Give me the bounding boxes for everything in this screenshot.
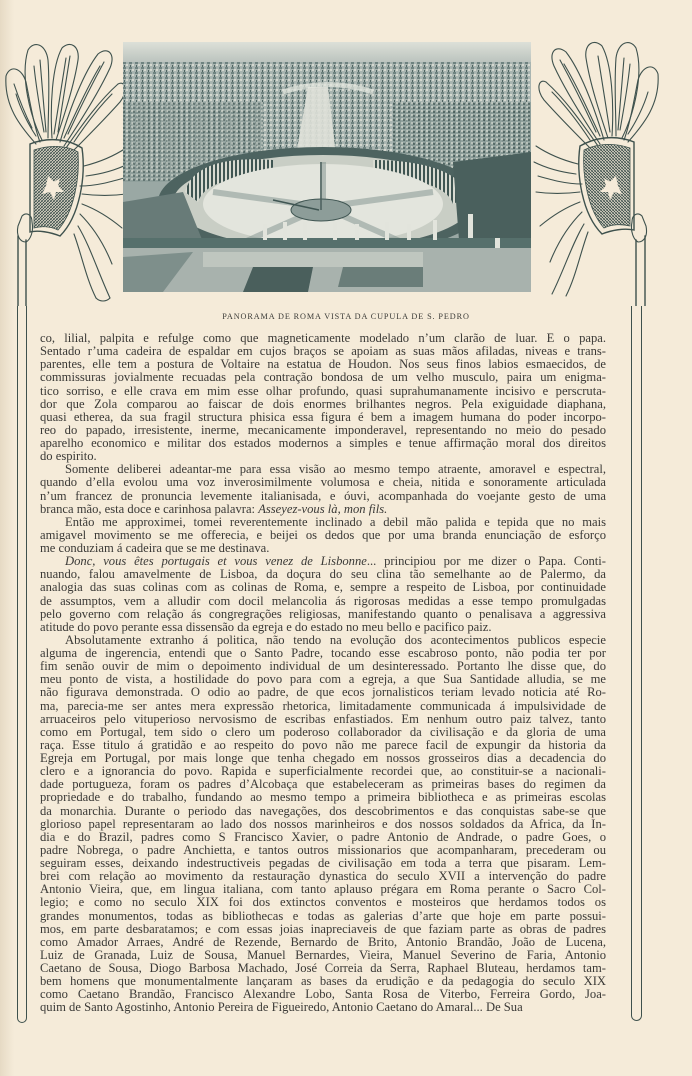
line-text: do espirito. <box>40 449 97 463</box>
left-flower-ornament-icon <box>0 36 130 306</box>
line-text: dade portugueza, foram os padres d’Alcob… <box>40 777 606 791</box>
line-text: grandes monumentos, todas as bibliotheca… <box>40 909 606 923</box>
line-text: tico sorriso, e elle crava em mim esse o… <box>40 384 606 398</box>
line-text: como Caetano Brandão, Francisco Alexandr… <box>40 987 606 1001</box>
line-text: parentes, elle tem a postura de Voltaire… <box>40 357 606 371</box>
line-text: padre Nobrega, o padre Anchietta, e tant… <box>40 843 606 857</box>
article-body: co, lilial, palpita e refulge como que m… <box>40 332 606 1015</box>
line-text: me conduziam á cadeira que se me destina… <box>40 541 269 555</box>
line-text: aparelho economico e militar dos estados… <box>40 436 606 450</box>
line-text: pelo governo com relação ás congregraçõe… <box>40 607 606 621</box>
line-text: co, lilial, palpita e refulge como que m… <box>40 331 606 345</box>
rome-panorama-photo <box>123 42 531 292</box>
line-text: quim de Santo Agostinho, Antonio Pereira… <box>40 1000 523 1014</box>
line-text: raça. Esse titulo á gratidão e ao respei… <box>40 738 606 752</box>
text-line: aparelho economico e militar dos estados… <box>40 437 606 450</box>
line-text: como em Portugal, tem sido o clero um po… <box>40 725 606 739</box>
line-text: mos, em parte desbaratamos; e com essas … <box>40 922 606 936</box>
line-text: Luiz de Granada, Luiz de Sousa, Manuel B… <box>40 948 606 962</box>
line-text: não figurava demonstrada. O odio ao padr… <box>40 685 606 699</box>
line-text: ma, parecia-me ser antes mera expressão … <box>40 699 606 713</box>
line-text: n’um francez de pronuncia levemente ital… <box>40 489 606 503</box>
line-text: meu ponto de vista, a hostilidade do pov… <box>40 672 606 686</box>
line-text: reo do papado, irresistente, inerme, mec… <box>40 423 606 437</box>
line-text: seguiram esses, deixando indestructiveis… <box>40 856 606 870</box>
line-text: branca mão, esta doce e carinhosa palavr… <box>40 502 258 516</box>
line-text: como Amador Arraes, André de Rezende, Be… <box>40 935 606 949</box>
line-text: quasi etherea, da sua fragil structura p… <box>40 410 606 424</box>
line-text: glorioso papel representaram ao lado dos… <box>40 817 606 831</box>
line-text: Egreja em Portugal, por mais longe que t… <box>40 751 606 765</box>
right-flower-ornament-icon <box>530 30 665 306</box>
line-text: Sentado r’uma cadeira de espaldar em cuj… <box>40 344 606 358</box>
line-text: dia e do Brazil, padres como S Francisco… <box>40 830 606 844</box>
italic-quote: Donc, vous êtes portugais et vous venez … <box>65 554 367 568</box>
line-text: quando d’ella evolou uma voz inverosimil… <box>40 475 606 489</box>
line-text: commissuras jovialmente recuadas pela co… <box>40 370 606 384</box>
line-text: arruaceiros pelo vituperioso nervosismo … <box>40 712 606 726</box>
text-line: quim de Santo Agostinho, Antonio Pereira… <box>40 1001 606 1014</box>
line-text: clero e a ignorancia do povo. Rapida e s… <box>40 764 606 778</box>
line-text: nuando, falou amavelmente de Lisboa, da … <box>40 567 606 581</box>
italic-quote: Asseyez-vous là, mon fils. <box>258 502 387 516</box>
line-text: fim senão ouvir de mim o depoimento indi… <box>40 659 606 673</box>
left-border-pillar <box>17 306 27 1023</box>
line-text: de assumptos, vem a alludir com docil me… <box>40 594 606 608</box>
line-text: Caetano de Sousa, Diogo Barbosa Machado,… <box>40 961 606 975</box>
line-text: ... principiou por me dizer o Papa. Cont… <box>367 554 606 568</box>
line-text: bem homens que monumentalmente lançaram … <box>40 974 606 988</box>
line-text: analogia das suas colinas com as colinas… <box>40 580 606 594</box>
line-text: legio; e como no seculo XIX foi dos exti… <box>40 895 606 909</box>
line-text: dor que Zola comparou ao faiscar de dois… <box>40 397 606 411</box>
line-text: brei com relação ao movimento da restaur… <box>40 869 606 883</box>
line-text: Absolutamente extranho á politica, não t… <box>65 633 606 647</box>
line-text: alguma de ingerencia, entendi que o Sant… <box>40 646 606 660</box>
right-border-pillar <box>631 306 642 1021</box>
line-text: da monarchia. Durante o periodo das nave… <box>40 804 606 818</box>
line-text: atitude do povo perante essa dissensão d… <box>40 620 491 634</box>
line-text: Antonio Vieira, que, em lingua italiana,… <box>40 882 606 896</box>
line-text: propriedade e do trabalho, fundando ao m… <box>40 790 606 804</box>
figure-caption: PANORAMA DE ROMA VISTA DA CUPULA DE S. P… <box>0 312 692 321</box>
line-text: amigavel movimento se me offerecia, e be… <box>40 528 606 542</box>
line-text: Então me approximei, tomei reverentement… <box>65 515 606 529</box>
line-text: Somente deliberei adeantar-me para essa … <box>65 462 606 476</box>
